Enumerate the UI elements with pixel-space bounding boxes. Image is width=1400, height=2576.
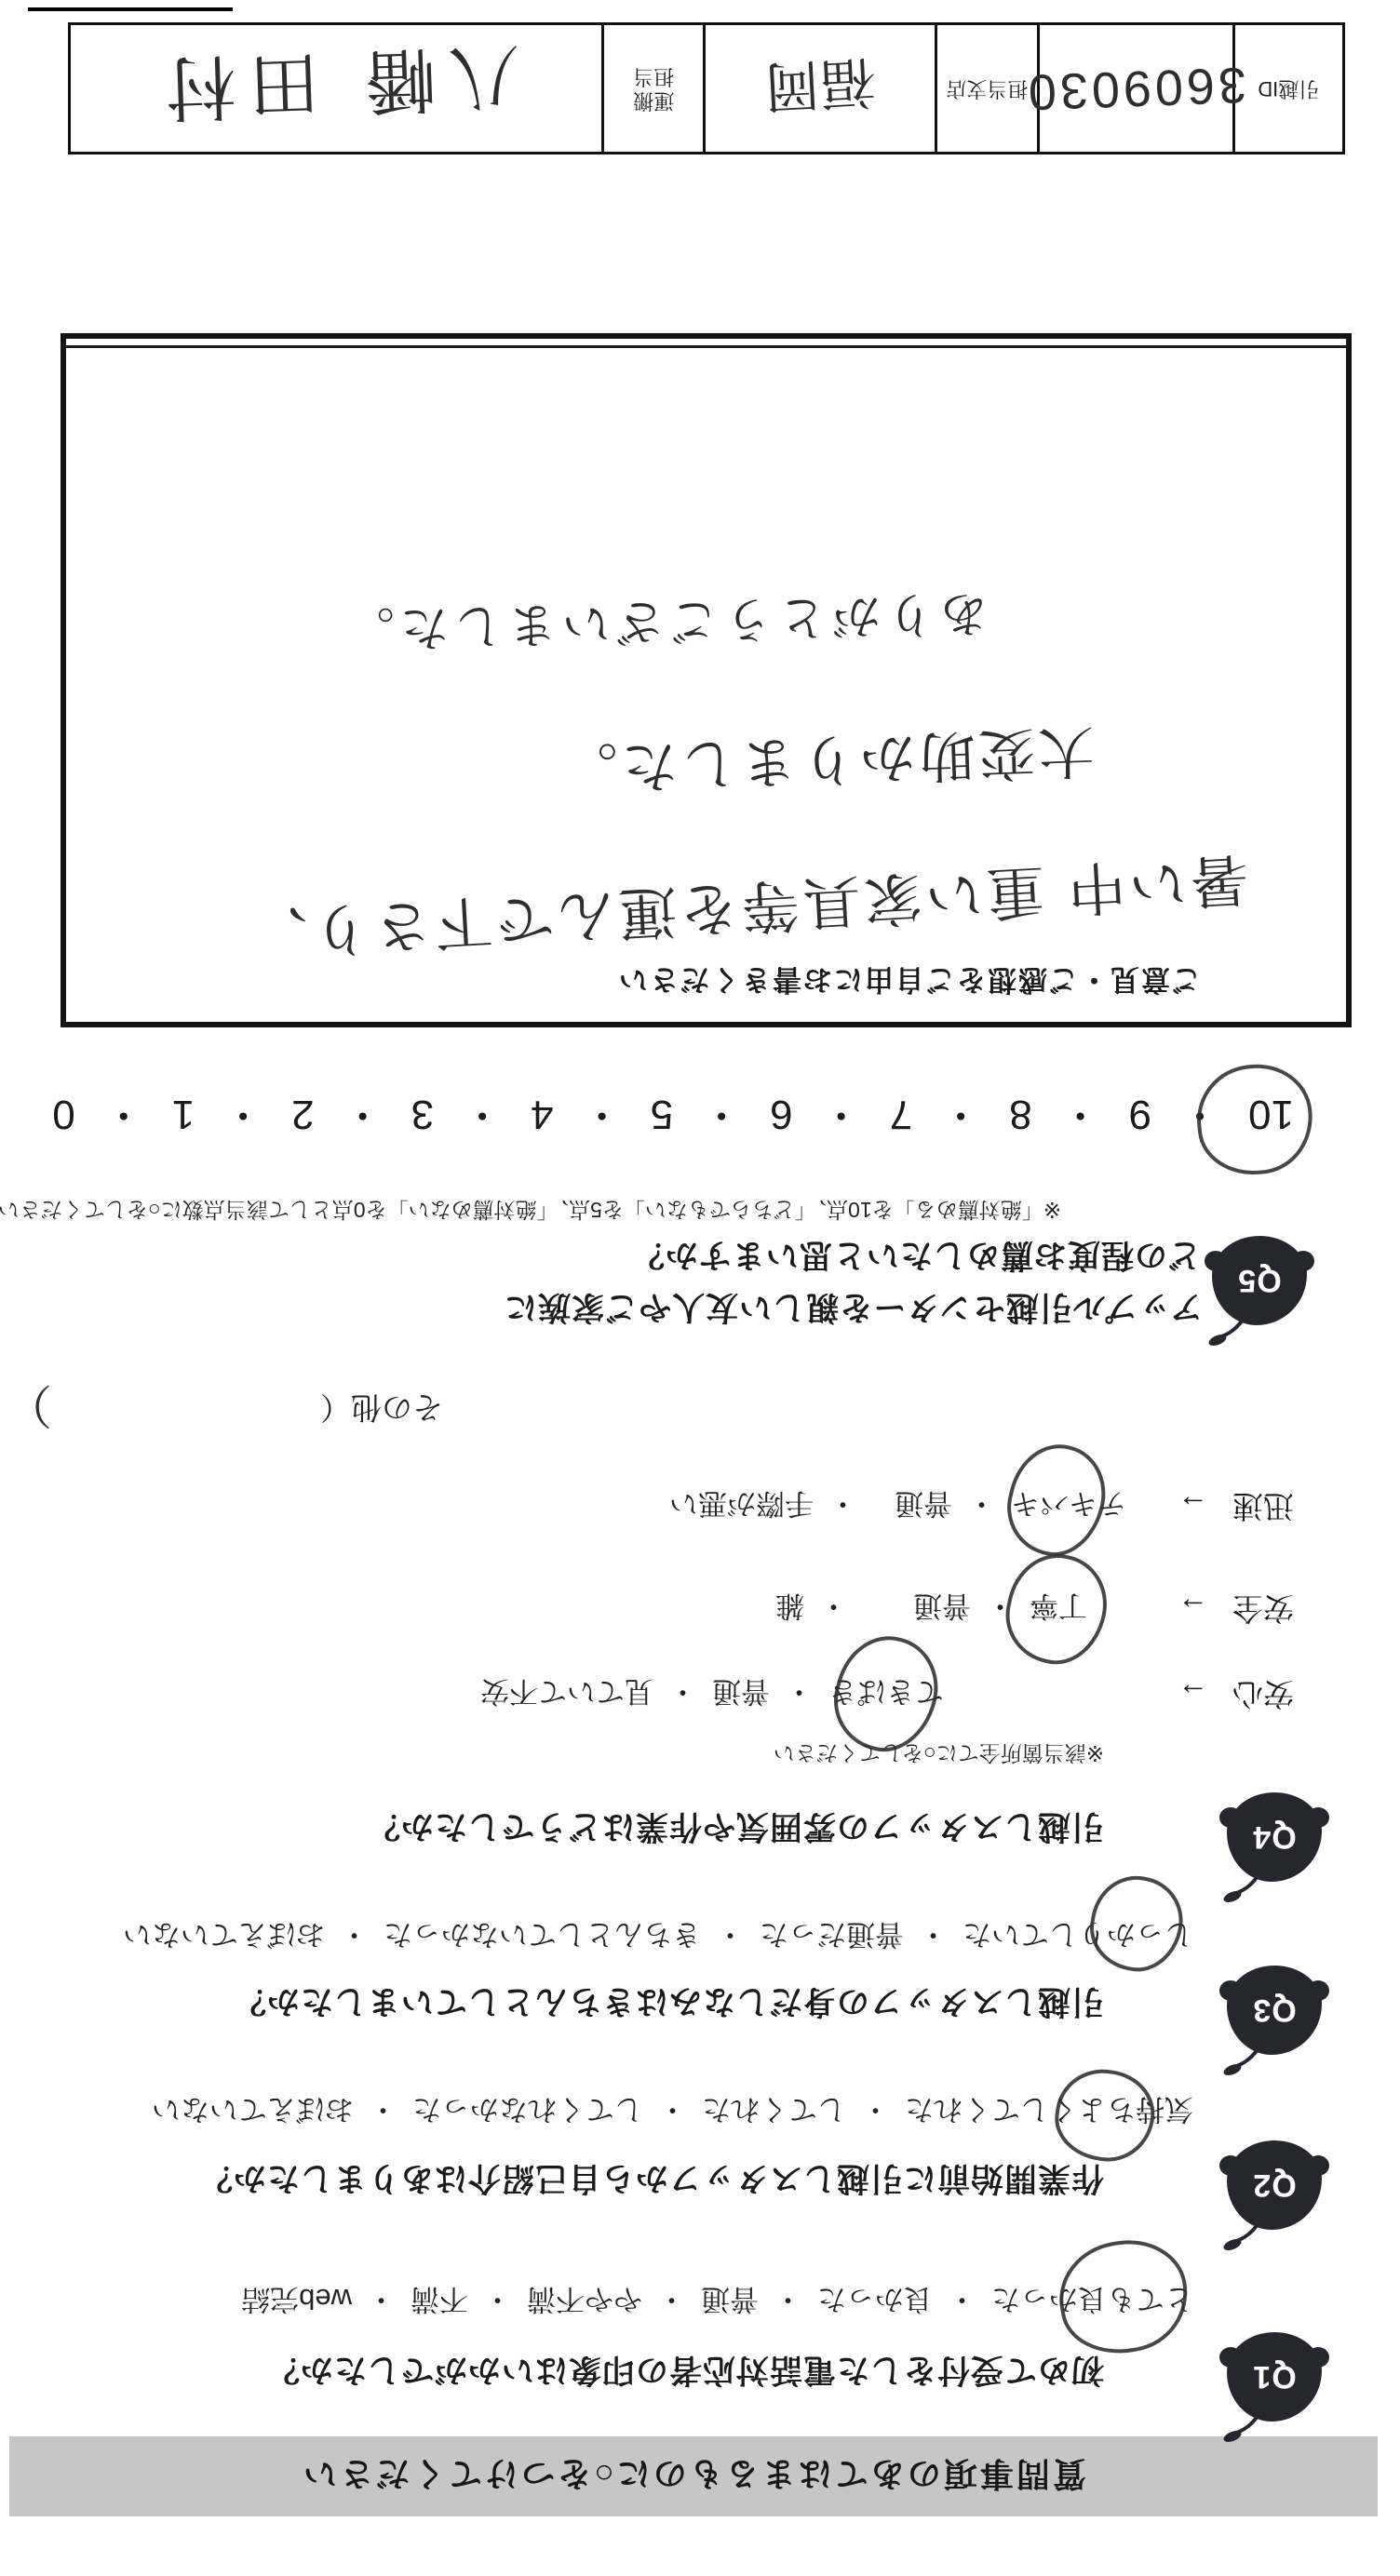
bullet-separator: ・ bbox=[819, 1590, 848, 1622]
bullet-separator: ・ bbox=[861, 2093, 890, 2126]
q1-option-4: やや不満 bbox=[527, 2283, 642, 2315]
q4-row1-label-text: 安心 bbox=[1232, 1677, 1294, 1711]
move-id-label-cell: 引越ID bbox=[1235, 25, 1342, 152]
bullet-separator: ・ bbox=[716, 1918, 745, 1951]
bullet-separator: ・ bbox=[483, 2283, 512, 2315]
q3-badge: Q3 bbox=[1227, 1966, 1322, 2055]
q4-row2-option-2: 普通 bbox=[913, 1590, 971, 1622]
q4-row1-option-3: 見ていて不安 bbox=[480, 1675, 653, 1708]
job-info-table: 引越ID 3609030 担当支店 福岡 運搬担当 八幡 田村 bbox=[68, 22, 1345, 154]
form-title-bar: 質問事項のあてはまるものに○をつけてください bbox=[9, 2436, 1378, 2516]
move-id-value-cell: 3609030 bbox=[1040, 25, 1235, 152]
bullet-separator: ・ bbox=[668, 1675, 697, 1708]
q5-answer-circle-mark bbox=[1191, 1059, 1318, 1180]
q1-option-2: 良かった bbox=[817, 2283, 933, 2315]
q1-badge: Q1 bbox=[1227, 2332, 1322, 2422]
q3-option-3: きちんとしていなかった bbox=[384, 1918, 701, 1951]
bullet-separator: ・ bbox=[967, 1487, 996, 1520]
q4-badge-label: Q4 bbox=[1227, 1792, 1322, 1882]
crew-label: 運搬担当 bbox=[626, 64, 681, 114]
bullet-separator: ・ bbox=[462, 1092, 503, 1137]
nps-7: 7 bbox=[890, 1092, 912, 1137]
q3-options: しっかりしていた・普通だった・きちんとしていなかった・おぼえていない bbox=[123, 1916, 1193, 1958]
open-paren: （ bbox=[320, 1390, 351, 1425]
bullet-separator: ・ bbox=[1060, 1092, 1101, 1137]
q5-badge: Q5 bbox=[1212, 1236, 1307, 1325]
arrow-icon: → bbox=[1178, 1677, 1208, 1711]
nps-5: 5 bbox=[651, 1092, 673, 1137]
q4-badge: Q4 bbox=[1227, 1792, 1322, 1882]
bullet-separator: ・ bbox=[103, 1092, 144, 1137]
bullet-separator: ・ bbox=[657, 2283, 686, 2315]
q4-row2-option-3: 雑 bbox=[775, 1590, 804, 1622]
q2-answer-circle-mark bbox=[1050, 2063, 1161, 2167]
crew-value-cell: 八幡 田村 bbox=[71, 25, 604, 152]
move-id-label: 引越ID bbox=[1258, 76, 1319, 101]
bullet-separator: ・ bbox=[785, 1675, 814, 1708]
q1-badge-label: Q1 bbox=[1227, 2332, 1322, 2422]
q1-title: 初めて受付をした電話対応者の印象はいかがでしたか？ bbox=[266, 2349, 1104, 2395]
q5-badge-label: Q5 bbox=[1212, 1236, 1307, 1325]
q4-row3-label-text: 迅速 bbox=[1232, 1489, 1294, 1523]
q4-row2-label-text: 安全 bbox=[1232, 1591, 1294, 1626]
q1-option-3: 普通 bbox=[701, 2283, 759, 2315]
q4-row2-answer-circle-mark bbox=[997, 1545, 1116, 1672]
q3-badge-label: Q3 bbox=[1227, 1966, 1322, 2055]
q3-option-4: おぼえていない bbox=[123, 1918, 325, 1951]
bullet-separator: ・ bbox=[940, 1092, 981, 1137]
q2-option-4: おぼえていない bbox=[152, 2093, 354, 2126]
q5-title-line2: どの程度お薦めしたいと思いますか？ bbox=[631, 1234, 1201, 1281]
q4-title: 引越しスタッフの雰囲気や作業はどうでしたか？ bbox=[367, 1805, 1104, 1852]
q2-badge-label: Q2 bbox=[1227, 2140, 1322, 2230]
bullet-separator: ・ bbox=[774, 2283, 802, 2315]
crew-handwritten-value: 八幡 田村 bbox=[151, 32, 522, 146]
q4-row3-option-2: 普通 bbox=[895, 1487, 952, 1520]
bullet-separator: ・ bbox=[367, 2283, 396, 2315]
comment-box-label: ご意見・ご感想をご自由にお書きください bbox=[617, 961, 1201, 1003]
bullet-separator: ・ bbox=[821, 1092, 862, 1137]
q4-note: ※該当箇所全てに○をしてください bbox=[774, 1739, 1104, 1770]
nps-9: 9 bbox=[1129, 1092, 1151, 1137]
bullet-separator: ・ bbox=[658, 2093, 687, 2126]
branch-handwritten-value: 福岡 bbox=[762, 46, 878, 131]
q4-row1-option-2: 普通 bbox=[712, 1675, 770, 1708]
q1-option-5: 不満 bbox=[411, 2283, 468, 2315]
scan-edge-artifact bbox=[28, 7, 233, 11]
q1-options: とても良かった・良かった・普通・やや不満・不満・web完結 bbox=[241, 2281, 1193, 2323]
q1-option-6: web完結 bbox=[241, 2283, 352, 2315]
nps-4: 4 bbox=[531, 1092, 553, 1137]
q4-row1-label: 安心→ bbox=[1178, 1674, 1294, 1718]
move-id-handwritten-value: 3609030 bbox=[1024, 56, 1247, 121]
q5-title-line1: アップル引越センターを親しい友人やご家族に bbox=[504, 1286, 1203, 1333]
arrow-icon: → bbox=[1178, 1489, 1208, 1523]
bullet-separator: ・ bbox=[343, 1092, 384, 1137]
bullet-separator: ・ bbox=[948, 2283, 976, 2315]
bullet-separator: ・ bbox=[828, 1487, 857, 1520]
branch-value-cell: 福岡 bbox=[706, 25, 937, 152]
q4-row3-answer-circle-mark bbox=[997, 1434, 1116, 1565]
q4-row3-label: 迅速→ bbox=[1178, 1486, 1294, 1530]
q2-badge: Q2 bbox=[1227, 2140, 1322, 2230]
nps-3: 3 bbox=[411, 1092, 434, 1137]
q3-option-2: 普通だった bbox=[760, 1918, 904, 1951]
crew-label-cell: 運搬担当 bbox=[604, 25, 706, 152]
q2-option-3: してくれなかった bbox=[412, 2093, 643, 2126]
q4-other-label: その他 bbox=[351, 1390, 443, 1425]
nps-2: 2 bbox=[291, 1092, 314, 1137]
scanned-survey-sheet: 質問事項のあてはまるものに○をつけてください Q1 初めて受付をした電話対応者の… bbox=[0, 0, 1400, 2576]
q4-other-field: その他（ bbox=[320, 1388, 443, 1431]
bullet-separator: ・ bbox=[582, 1092, 623, 1137]
q3-answer-circle-mark bbox=[1084, 1869, 1190, 1978]
upside-down-scan-wrapper: 質問事項のあてはまるものに○をつけてください Q1 初めて受付をした電話対応者の… bbox=[0, 0, 1400, 2576]
q1-answer-circle-mark bbox=[1051, 2231, 1197, 2363]
q3-title: 引越しスタッフの身だしなみはきちんとしていましたか？ bbox=[233, 1980, 1104, 2027]
nps-6: 6 bbox=[770, 1092, 792, 1137]
bullet-separator: ・ bbox=[369, 2093, 397, 2126]
nps-8: 8 bbox=[1009, 1092, 1031, 1137]
bullet-separator: ・ bbox=[222, 1092, 263, 1137]
q4-row2-label: 安全→ bbox=[1178, 1589, 1294, 1632]
arrow-icon: → bbox=[1178, 1591, 1208, 1626]
q5-note: ※「絶対薦める」を10点、「どちらでもない」を5点、「絶対薦めない」を0点として… bbox=[0, 1196, 1061, 1227]
q5-nps-scale: 10・9・8・7・6・5・4・3・2・1・0 bbox=[52, 1089, 1294, 1148]
q4-other-close-paren: ） bbox=[6, 1375, 52, 1442]
q2-title: 作業開始前に引越しスタッフから自己紹介はありましたか？ bbox=[199, 2157, 1104, 2204]
branch-label: 担当支店 bbox=[946, 76, 1028, 101]
q2-option-2: してくれた bbox=[702, 2093, 846, 2126]
q4-row3-option-3: 手際が悪い bbox=[669, 1487, 814, 1520]
form-title: 質問事項のあてはまるものに○をつけてください bbox=[301, 2453, 1086, 2501]
nps-0: 0 bbox=[52, 1092, 74, 1137]
bullet-separator: ・ bbox=[919, 1918, 948, 1951]
bullet-separator: ・ bbox=[340, 1918, 369, 1951]
q2-options: 気持ちよくしてくれた・してくれた・してくれなかった・おぼえていない bbox=[152, 2091, 1193, 2133]
bullet-separator: ・ bbox=[701, 1092, 742, 1137]
nps-1: 1 bbox=[172, 1092, 195, 1137]
